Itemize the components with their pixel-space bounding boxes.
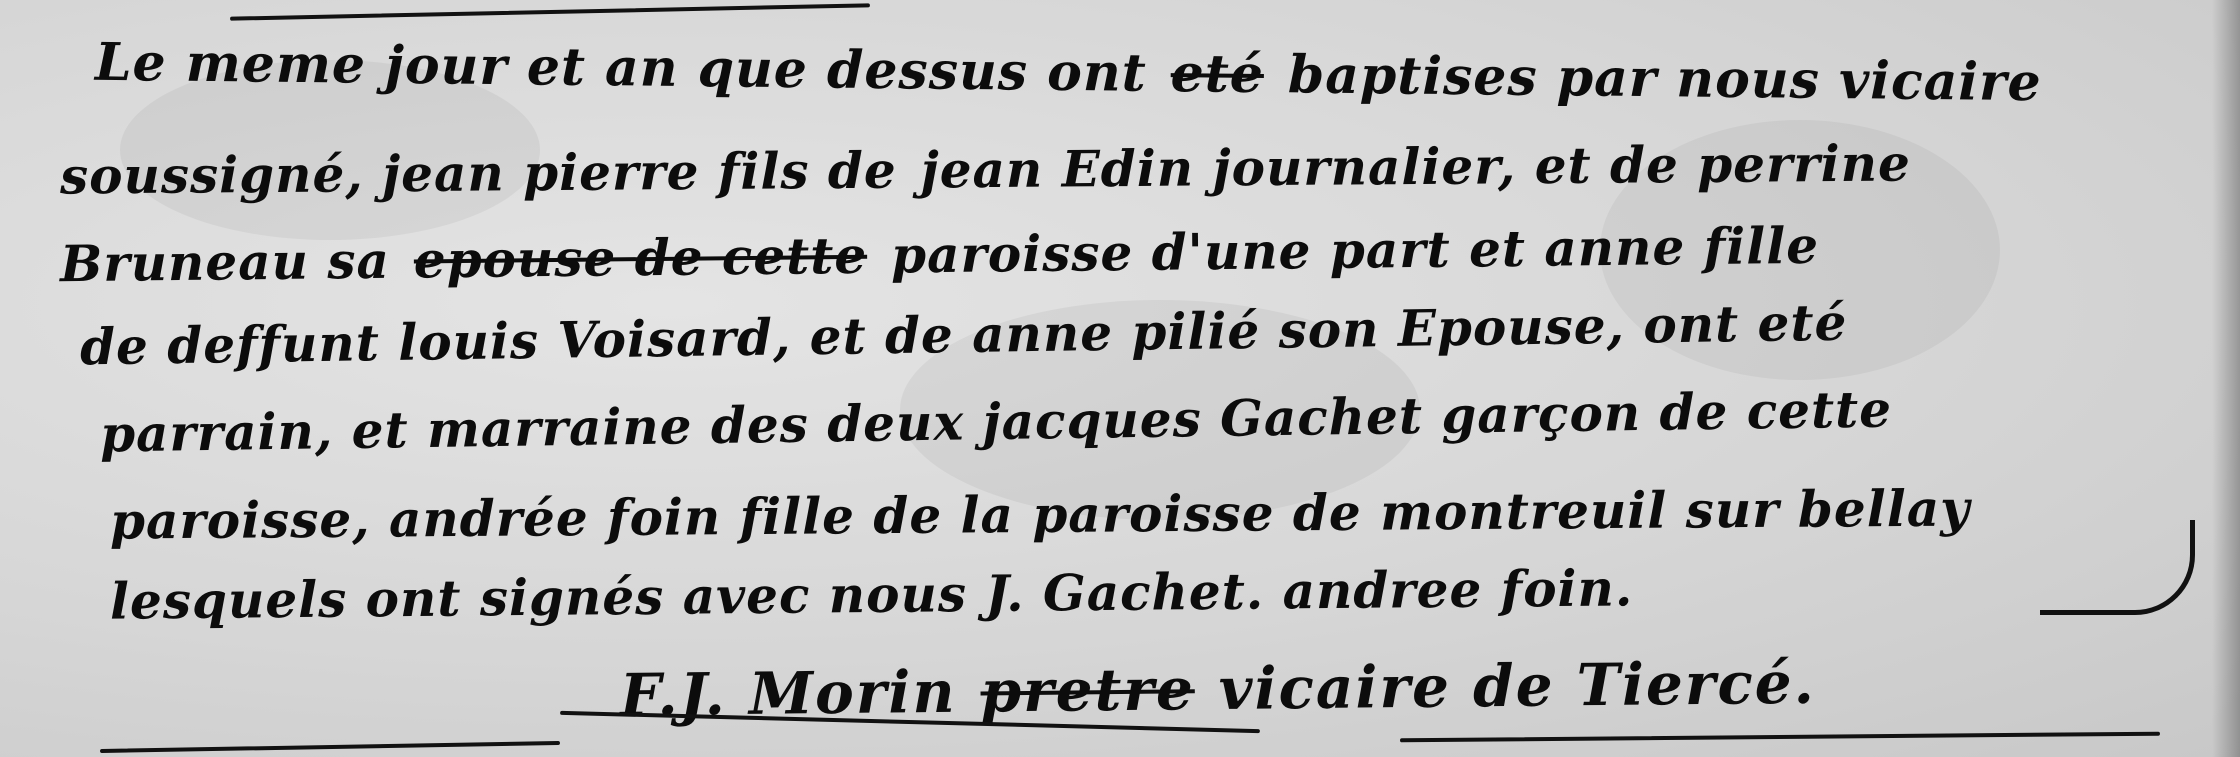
line-text: soussigné, jean pierre fils de xyxy=(60,141,897,206)
struck-text: epouse de cette xyxy=(414,226,868,290)
bottom-ruled-line xyxy=(100,741,560,753)
record-line-6: paroisse, andrée foin fille de la parois… xyxy=(110,479,1971,551)
bottom-ruled-line xyxy=(1400,732,2160,743)
line-text: baptises par nous vicaire xyxy=(1288,44,2042,113)
line-text: paroisse d'une part et anne fille xyxy=(891,216,1819,285)
top-ruled-line xyxy=(230,3,870,20)
signature-flourish xyxy=(2040,520,2195,615)
struck-text: pretre xyxy=(980,655,1195,725)
line-text: jean Edin journalier, et de perrine xyxy=(920,134,1911,200)
struck-text: eté xyxy=(1170,43,1264,105)
scanned-register-page: Le meme jour et an que dessus ontetébapt… xyxy=(0,0,2240,757)
line-text: de deffunt louis Voisard, et de anne pil… xyxy=(80,293,1848,377)
record-line-7: lesquels ont signés avec nous J. Gachet.… xyxy=(110,558,1634,630)
line-text: Bruneau sa xyxy=(60,231,390,293)
line-text: parrain, et marraine des deux jacques Ga… xyxy=(100,379,1893,463)
record-line-4: de deffunt louis Voisard, et de anne pil… xyxy=(80,293,1848,377)
record-line-5: parrain, et marraine des deux jacques Ga… xyxy=(100,379,1893,463)
line-text: Le meme jour et an que dessus ont xyxy=(95,32,1147,104)
line-text: paroisse, andrée foin fille de la parois… xyxy=(110,479,1971,551)
signature-text: vicaire de Tiercé. xyxy=(1218,649,1816,723)
line-text: lesquels ont signés avec nous J. Gachet.… xyxy=(110,558,1634,630)
page-edge-shadow xyxy=(2212,0,2240,757)
